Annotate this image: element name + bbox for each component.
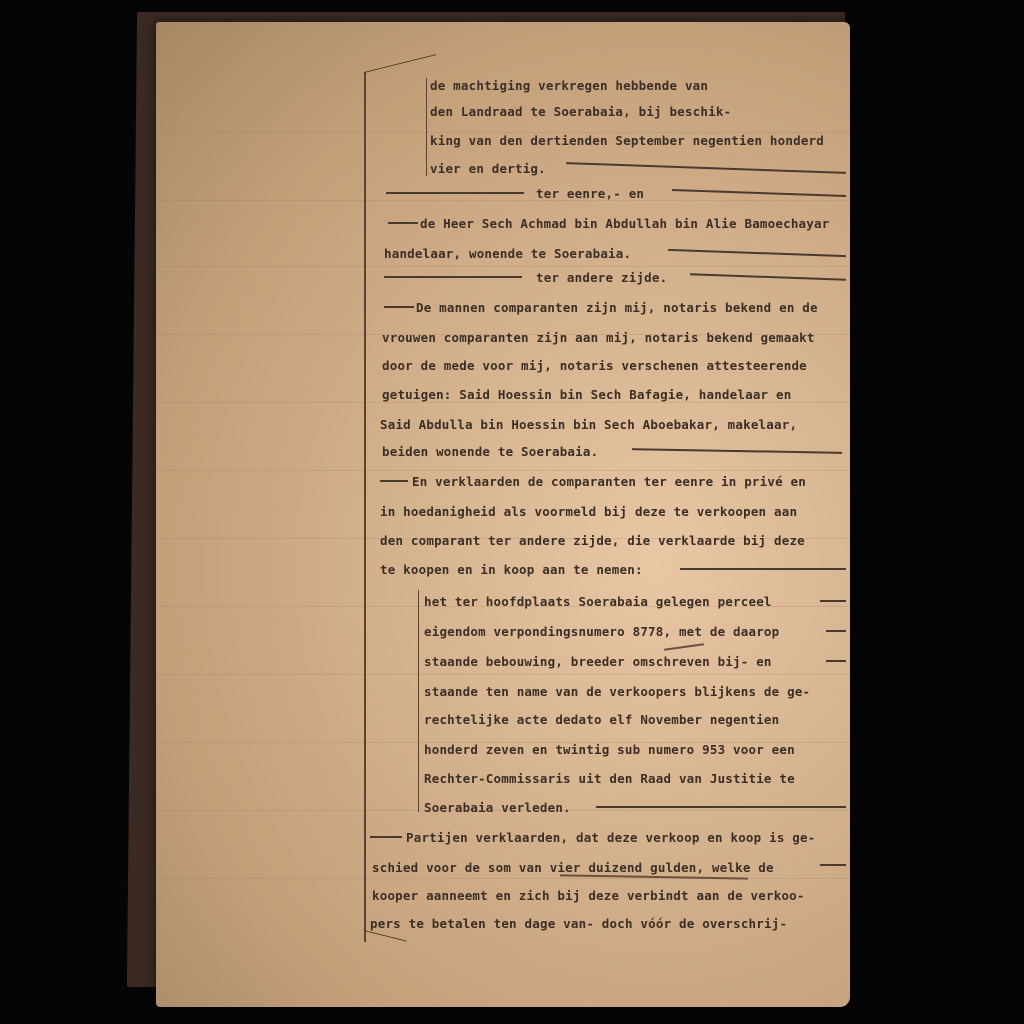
filler-dash (826, 630, 846, 632)
text-line: vrouwen comparanten zijn aan mij, notari… (382, 330, 815, 345)
text-line: beiden wonende te Soerabaia. (382, 444, 598, 459)
text-line: schied voor de som van vier duizend guld… (372, 860, 774, 875)
ruled-line (156, 200, 850, 201)
filler-dash (680, 568, 846, 570)
filler-dash (380, 480, 408, 482)
filler-dash (384, 306, 414, 308)
text-line: te koopen en in koop aan te nemen: (380, 562, 643, 577)
text-line: De mannen comparanten zijn mij, notaris … (416, 300, 818, 315)
text-line: staande bebouwing, breeder omschreven bi… (424, 654, 772, 669)
text-line: ter eenre,- en (536, 186, 644, 201)
indent-rule-top (426, 78, 427, 176)
text-line: den comparant ter andere zijde, die verk… (380, 533, 805, 548)
text-line: het ter hoofdplaats Soerabaia gelegen pe… (424, 594, 772, 609)
text-line: handelaar, wonende te Soerabaia. (384, 246, 631, 261)
filler-dash (826, 660, 846, 662)
text-line: En verklaarden de comparanten ter eenre … (412, 474, 806, 489)
text-line: honderd zeven en twintig sub numero 953 … (424, 742, 795, 757)
text-line: kooper aanneemt en zich bij deze verbind… (372, 888, 805, 903)
text-line: pers te betalen ten dage van- doch vóór … (370, 916, 787, 931)
text-line: getuigen: Said Hoessin bin Sech Bafagie,… (382, 387, 791, 402)
text-line: Rechter-Commissaris uit den Raad van Jus… (424, 771, 795, 786)
text-line: vier en dertig. (430, 161, 546, 176)
text-line: Said Abdulla bin Hoessin bin Sech Aboeba… (380, 417, 797, 432)
filler-dash (820, 600, 846, 602)
text-line: Soerabaia verleden. (424, 800, 571, 815)
filler-dash (596, 806, 846, 808)
text-line: king van den dertienden September negent… (430, 133, 824, 148)
ruled-line (156, 674, 850, 675)
ruled-line (156, 266, 850, 267)
text-line: door de mede voor mij, notaris verschene… (382, 358, 807, 373)
text-line: eigendom verpondingsnumero 8778, met de … (424, 624, 779, 639)
ruled-line (156, 402, 850, 403)
margin-bracket (364, 72, 366, 942)
ruled-line (156, 470, 850, 471)
text-line: de Heer Sech Achmad bin Abdullah bin Ali… (420, 216, 829, 231)
text-line: ter andere zijde. (536, 270, 667, 285)
filler-dash (370, 836, 402, 838)
filler-dash (386, 192, 524, 194)
filler-dash (388, 222, 418, 224)
text-line: rechtelijke acte dedato elf November neg… (424, 712, 779, 727)
text-line: Partijen verklaarden, dat deze verkoop e… (406, 830, 815, 845)
filler-dash (820, 864, 846, 866)
text-line: in hoedanigheid als voormeld bij deze te… (380, 504, 797, 519)
text-line: staande ten name van de verkoopers blijk… (424, 684, 810, 699)
text-line: de machtiging verkregen hebbende van (430, 78, 708, 93)
text-line: den Landraad te Soerabaia, bij beschik- (430, 104, 731, 119)
filler-dash (384, 276, 522, 278)
indent-rule-property (418, 590, 419, 812)
